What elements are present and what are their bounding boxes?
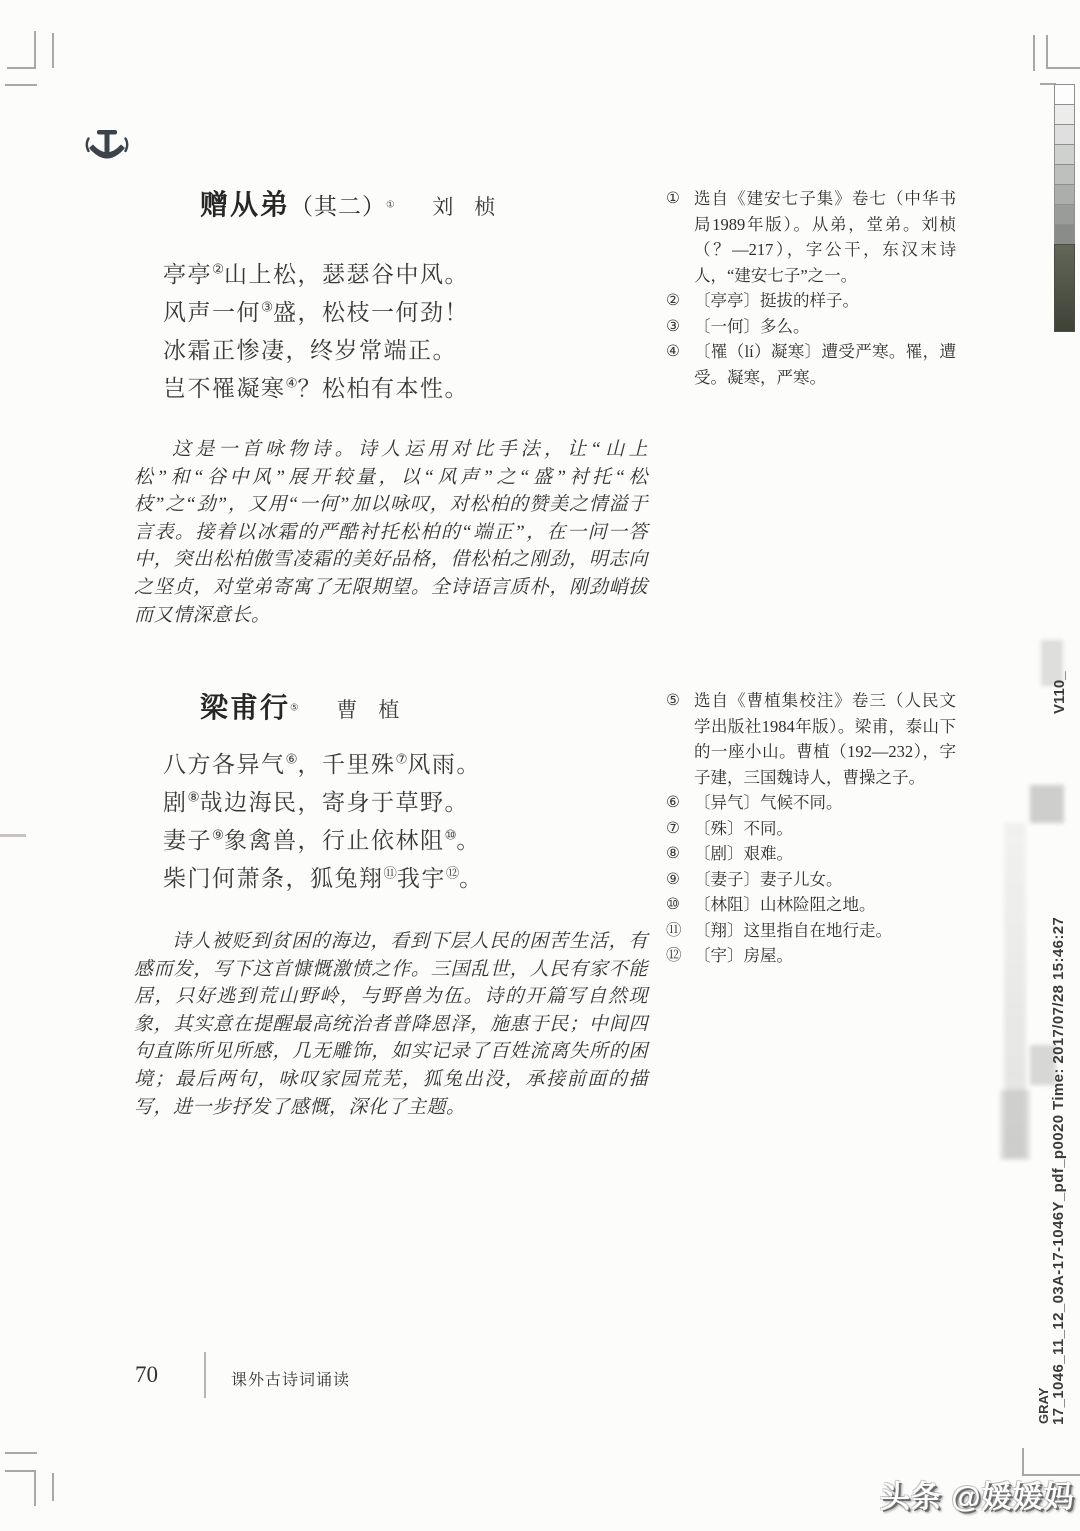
side-gray-label: GRAY bbox=[1036, 1388, 1051, 1424]
crop-mark bbox=[1046, 67, 1080, 69]
note-text: 选自《曹植集校注》卷三（人民文学出版社1984年版）。梁甫，泰山下的一座小山。曹… bbox=[694, 688, 956, 790]
calibration-swatch bbox=[1054, 124, 1075, 145]
margin-note: ① 选自《建安七子集》卷七（中华书局1989年版）。从弟，堂弟。刘桢（？—217… bbox=[666, 186, 956, 288]
poem-line: 柴门何萧条，狐兔翔⑪我宇⑫。 bbox=[163, 860, 484, 898]
poem1-title-note-ref: ① bbox=[386, 201, 394, 211]
margin-note: ⑦ 〔殊〕不同。 bbox=[666, 816, 956, 842]
scan-edge-dash bbox=[0, 834, 26, 837]
note-text: 〔林阻〕山林险阻之地。 bbox=[694, 892, 956, 918]
poem1-commentary: 这是一首咏物诗。诗人运用对比手法，让“山上松”和“谷中风”展开较量，以“风声”之… bbox=[134, 436, 648, 629]
crop-mark bbox=[5, 1452, 37, 1454]
poem1-body: 亭亭②山上松，瑟瑟谷中风。 风声一何③盛，松枝一何劲！ 冰霜正惨凄，终岁常端正。… bbox=[163, 256, 469, 408]
calibration-swatch bbox=[1054, 144, 1075, 165]
note-number: ② bbox=[666, 288, 694, 314]
crop-mark bbox=[34, 31, 36, 69]
poem1-title: 赠从弟 bbox=[200, 190, 290, 221]
margin-note: ④ 〔罹（lí）凝寒〕遭受严寒。罹，遭受。凝寒，严寒。 bbox=[666, 339, 956, 390]
note-number: ④ bbox=[666, 339, 694, 390]
poem-line: 岂不罹凝寒④？松柏有本性。 bbox=[163, 370, 469, 408]
poem2-title: 梁甫行 bbox=[200, 693, 290, 724]
grayscale-calibration-strip bbox=[1054, 85, 1075, 332]
poem2-margin-notes: ⑤ 选自《曹植集校注》卷三（人民文学出版社1984年版）。梁甫，泰山下的一座小山… bbox=[666, 688, 956, 969]
poem2-body: 八方各异气⑥，千里殊⑦风雨。 剧⑧哉边海民，寄身于草野。 妻子⑨象禽兽，行止依林… bbox=[163, 746, 484, 898]
crop-mark bbox=[52, 1473, 54, 1501]
calibration-dark-band bbox=[1054, 244, 1075, 332]
crop-mark bbox=[52, 33, 54, 68]
calibration-swatch bbox=[1054, 204, 1075, 225]
footer-section-label: 课外古诗词诵读 bbox=[231, 1367, 350, 1390]
note-number: ⑨ bbox=[666, 867, 694, 893]
poem2-title-note-ref: ⑤ bbox=[290, 704, 298, 714]
margin-note: ⑤ 选自《曹植集校注》卷三（人民文学出版社1984年版）。梁甫，泰山下的一座小山… bbox=[666, 688, 956, 790]
poem2-author: 曹 植 bbox=[336, 698, 399, 722]
side-print-info: 17_1046_11_12_03A-17-1046Y_pdf_p0020 Tim… bbox=[1050, 917, 1067, 1425]
note-number: ⑩ bbox=[666, 892, 694, 918]
note-text: 〔翔〕这里指自在地行走。 bbox=[694, 918, 956, 944]
poem-line: 八方各异气⑥，千里殊⑦风雨。 bbox=[163, 746, 484, 784]
note-text: 〔宇〕房屋。 bbox=[694, 943, 956, 969]
footer-divider bbox=[204, 1352, 206, 1398]
poem2-title-row: 梁甫行⑤曹 植 bbox=[200, 686, 399, 726]
crop-mark bbox=[1046, 35, 1048, 69]
calibration-swatch bbox=[1054, 184, 1075, 205]
poem-line: 亭亭②山上松，瑟瑟谷中风。 bbox=[163, 256, 469, 294]
note-text: 〔妻子〕妻子儿女。 bbox=[694, 867, 956, 893]
poem-line: 冰霜正惨凄，终岁常端正。 bbox=[163, 332, 469, 370]
poem1-title-row: 赠从弟（其二）①刘 桢 bbox=[200, 183, 495, 223]
note-number: ⑥ bbox=[666, 790, 694, 816]
note-text: 〔异气〕气候不同。 bbox=[694, 790, 956, 816]
margin-note: ⑫ 〔宇〕房屋。 bbox=[666, 943, 956, 969]
note-text: 〔殊〕不同。 bbox=[694, 816, 956, 842]
margin-note: ③ 〔一何〕多么。 bbox=[666, 314, 956, 340]
margin-note: ⑧ 〔剧〕艰难。 bbox=[666, 841, 956, 867]
anchor-icon bbox=[84, 126, 130, 172]
note-number: ⑤ bbox=[666, 688, 694, 790]
scan-smudge bbox=[1000, 1090, 1030, 1160]
note-number: ③ bbox=[666, 314, 694, 340]
page-number: 70 bbox=[135, 1362, 158, 1388]
note-number: ⑫ bbox=[666, 943, 694, 969]
crop-mark bbox=[1033, 35, 1035, 71]
calibration-swatch bbox=[1054, 84, 1075, 105]
crop-mark bbox=[34, 1470, 36, 1506]
note-text: 选自《建安七子集》卷七（中华书局1989年版）。从弟，堂弟。刘桢（？—217），… bbox=[694, 186, 956, 288]
note-text: 〔亭亭〕挺拔的样子。 bbox=[694, 288, 956, 314]
margin-note: ⑥ 〔异气〕气候不同。 bbox=[666, 790, 956, 816]
note-number: ⑧ bbox=[666, 841, 694, 867]
poem2-commentary: 诗人被贬到贫困的海边，看到下层人民的困苦生活，有感而发，写下这首慷慨激愤之作。三… bbox=[134, 928, 648, 1121]
note-text: 〔罹（lí）凝寒〕遭受严寒。罹，遭受。凝寒，严寒。 bbox=[694, 339, 956, 390]
margin-note: ⑨ 〔妻子〕妻子儿女。 bbox=[666, 867, 956, 893]
poem1-author: 刘 桢 bbox=[432, 195, 495, 219]
calibration-swatch bbox=[1054, 224, 1075, 245]
margin-note: ⑪ 〔翔〕这里指自在地行走。 bbox=[666, 918, 956, 944]
crop-mark bbox=[7, 67, 36, 69]
side-version-code: V110_ bbox=[1051, 671, 1068, 714]
note-text: 〔剧〕艰难。 bbox=[694, 841, 956, 867]
watermark: 头条 @媛媛妈 bbox=[880, 1472, 1075, 1516]
note-number: ① bbox=[666, 186, 694, 288]
poem-line: 剧⑧哉边海民，寄身于草野。 bbox=[163, 784, 484, 822]
note-number: ⑪ bbox=[666, 918, 694, 944]
crop-mark bbox=[5, 84, 37, 86]
note-text: 〔一何〕多么。 bbox=[694, 314, 956, 340]
poem1-margin-notes: ① 选自《建安七子集》卷七（中华书局1989年版）。从弟，堂弟。刘桢（？—217… bbox=[666, 186, 956, 390]
crop-mark bbox=[5, 1470, 35, 1472]
poem1-title-paren: （其二） bbox=[290, 194, 386, 219]
note-number: ⑦ bbox=[666, 816, 694, 842]
poem-line: 妻子⑨象禽兽，行止依林阻⑩。 bbox=[163, 822, 484, 860]
margin-note: ② 〔亭亭〕挺拔的样子。 bbox=[666, 288, 956, 314]
calibration-swatch bbox=[1054, 104, 1075, 125]
poem-line: 风声一何③盛，松枝一何劲！ bbox=[163, 294, 469, 332]
calibration-swatch bbox=[1054, 164, 1075, 185]
scan-smudge bbox=[1030, 785, 1064, 823]
margin-note: ⑩ 〔林阻〕山林险阻之地。 bbox=[666, 892, 956, 918]
